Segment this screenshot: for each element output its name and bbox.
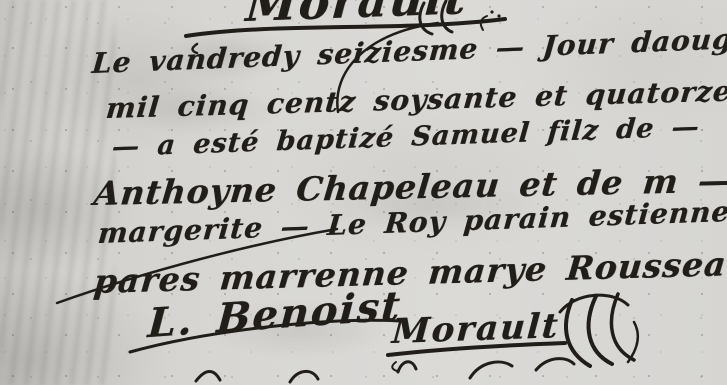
record-line-6: pares marrenne marye Rousseau (92, 244, 727, 301)
record-line-1: Le vandredy seiziesme — Jour daougst (91, 21, 727, 80)
previous-entry-signature: Morault (244, 0, 469, 32)
ink-mark-dots (481, 10, 501, 30)
signature-morault: Morault (391, 306, 561, 352)
next-entry-partial-strokes (196, 359, 574, 382)
manuscript-page: Morault Le vandredy seiziesme — Jour dao… (0, 0, 727, 385)
